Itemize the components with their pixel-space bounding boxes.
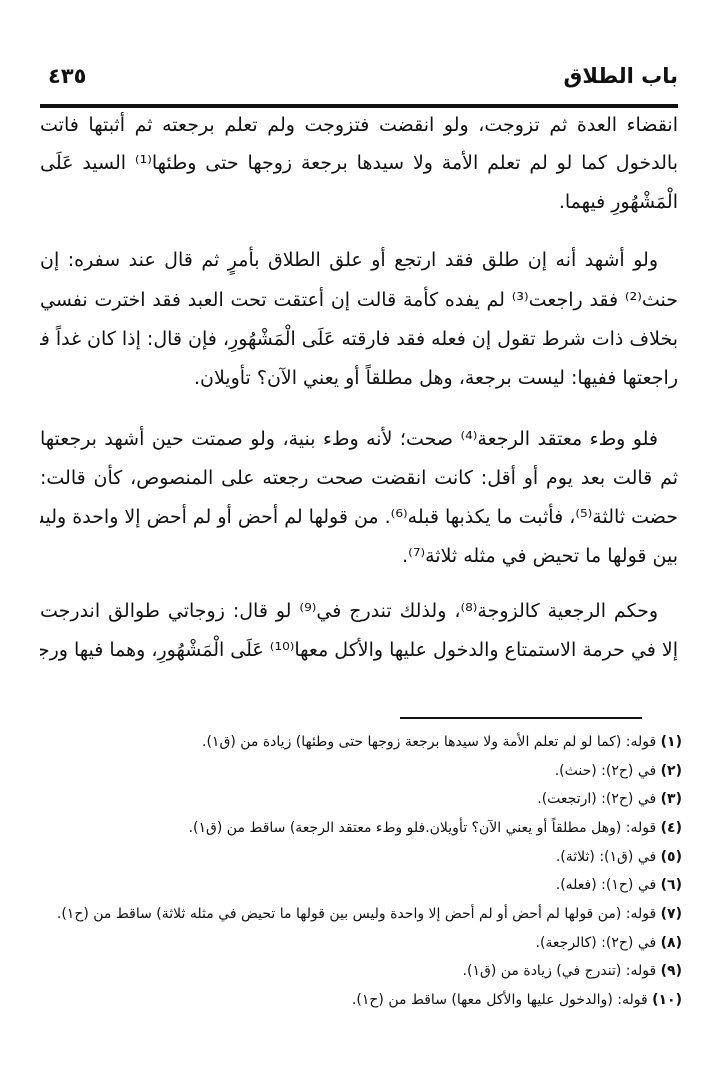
footnote-text: قوله: (وهل مطلقاً أو يعني الآن؟ تأويلان.… bbox=[189, 820, 657, 836]
text-line: بين قولها ما تحيض في مثله ثلاثة⁽⁷⁾. bbox=[40, 541, 678, 571]
text-line: راجعتها ففيها: ليست برجعة، وهل مطلقاً أو… bbox=[40, 363, 678, 393]
text-line: بخلاف ذات شرط تقول إن فعله فقد فارقته عَ… bbox=[40, 324, 678, 354]
text-line: حضت ثالثة⁽⁵⁾، فأثبت ما يكذبها قبله⁽⁶⁾. م… bbox=[40, 502, 678, 532]
text-line: حنث⁽²⁾ فقد راجعت⁽³⁾ لم يفده كأمة قالت إن… bbox=[40, 285, 678, 315]
footnote-text: في (ح٢): (كالرجعة). bbox=[536, 935, 657, 951]
footnote-text: في (ح١): (فعله). bbox=[556, 877, 656, 893]
text-line: الْمَشْهُورِ فيهما. bbox=[40, 187, 678, 217]
header-rule bbox=[40, 104, 678, 108]
footnote-2: (٢) في (ح٢): (حنث). bbox=[555, 759, 682, 783]
footnote-text: قوله: (والدخول عليها والأكل معها) ساقط م… bbox=[352, 992, 648, 1008]
footnote-number: (٥) bbox=[661, 849, 682, 865]
footnote-text: في (ح٢): (ارتجعت). bbox=[537, 791, 656, 807]
text-line: ولو أشهد أنه إن طلق فقد ارتجع أو علق الط… bbox=[40, 245, 658, 275]
footnote-text: في (ق١): (ثلاثة). bbox=[556, 849, 656, 865]
text-line: إلا في حرمة الاستمتاع والدخول عليها والأ… bbox=[40, 635, 678, 665]
text-line: انقضاء العدة ثم تزوجت، ولو انقضت فتزوجت … bbox=[40, 110, 678, 140]
footnote-number: (١٠) bbox=[652, 992, 682, 1008]
text-line: وحكم الرجعية كالزوجة⁽⁸⁾، ولذلك تندرج في⁽… bbox=[40, 596, 658, 626]
footnote-7: (٧) قوله: (من قولها لم أحض أو لم أحض إلا… bbox=[57, 902, 682, 926]
footnote-6: (٦) في (ح١): (فعله). bbox=[556, 873, 682, 897]
footnote-4: (٤) قوله: (وهل مطلقاً أو يعني الآن؟ تأوي… bbox=[189, 816, 682, 840]
text-line: ثم قالت بعد يوم أو أقل: كانت انقضت صحت ر… bbox=[40, 463, 678, 493]
footnote-separator bbox=[400, 717, 642, 719]
footnote-number: (١) bbox=[661, 734, 682, 750]
book-page: باب الطلاق ٤٣٥ انقضاء العدة ثم تزوجت، ول… bbox=[0, 0, 720, 1083]
footnote-number: (٨) bbox=[661, 935, 682, 951]
footnote-3: (٣) في (ح٢): (ارتجعت). bbox=[537, 787, 682, 811]
footnote-number: (٧) bbox=[661, 906, 682, 922]
footnote-text: في (ح٢): (حنث). bbox=[555, 763, 656, 779]
footnote-number: (٩) bbox=[661, 963, 682, 979]
chapter-title: باب الطلاق bbox=[564, 64, 678, 88]
footnote-number: (٢) bbox=[661, 763, 682, 779]
footnote-8: (٨) في (ح٢): (كالرجعة). bbox=[536, 931, 683, 955]
footnote-text: قوله: (كما لو لم تعلم الأمة ولا سيدها بر… bbox=[202, 734, 656, 750]
footnote-10: (١٠) قوله: (والدخول عليها والأكل معها) س… bbox=[352, 988, 682, 1012]
footnote-text: قوله: (تندرج في) زيادة من (ق١). bbox=[463, 963, 657, 979]
running-head: باب الطلاق ٤٣٥ bbox=[40, 64, 678, 100]
text-line: فلو وطء معتقد الرجعة⁽⁴⁾ صحت؛ لأنه وطء بن… bbox=[40, 424, 658, 454]
text-line: بالدخول كما لو لم تعلم الأمة ولا سيدها ب… bbox=[40, 148, 678, 178]
footnote-5: (٥) في (ق١): (ثلاثة). bbox=[556, 845, 682, 869]
page-number: ٤٣٥ bbox=[48, 64, 86, 88]
footnote-number: (٣) bbox=[661, 791, 682, 807]
footnote-1: (١) قوله: (كما لو لم تعلم الأمة ولا سيده… bbox=[202, 730, 682, 754]
footnote-9: (٩) قوله: (تندرج في) زيادة من (ق١). bbox=[463, 959, 682, 983]
footnote-number: (٤) bbox=[661, 820, 682, 836]
footnote-text: قوله: (من قولها لم أحض أو لم أحض إلا واح… bbox=[57, 906, 656, 922]
footnote-number: (٦) bbox=[661, 877, 682, 893]
